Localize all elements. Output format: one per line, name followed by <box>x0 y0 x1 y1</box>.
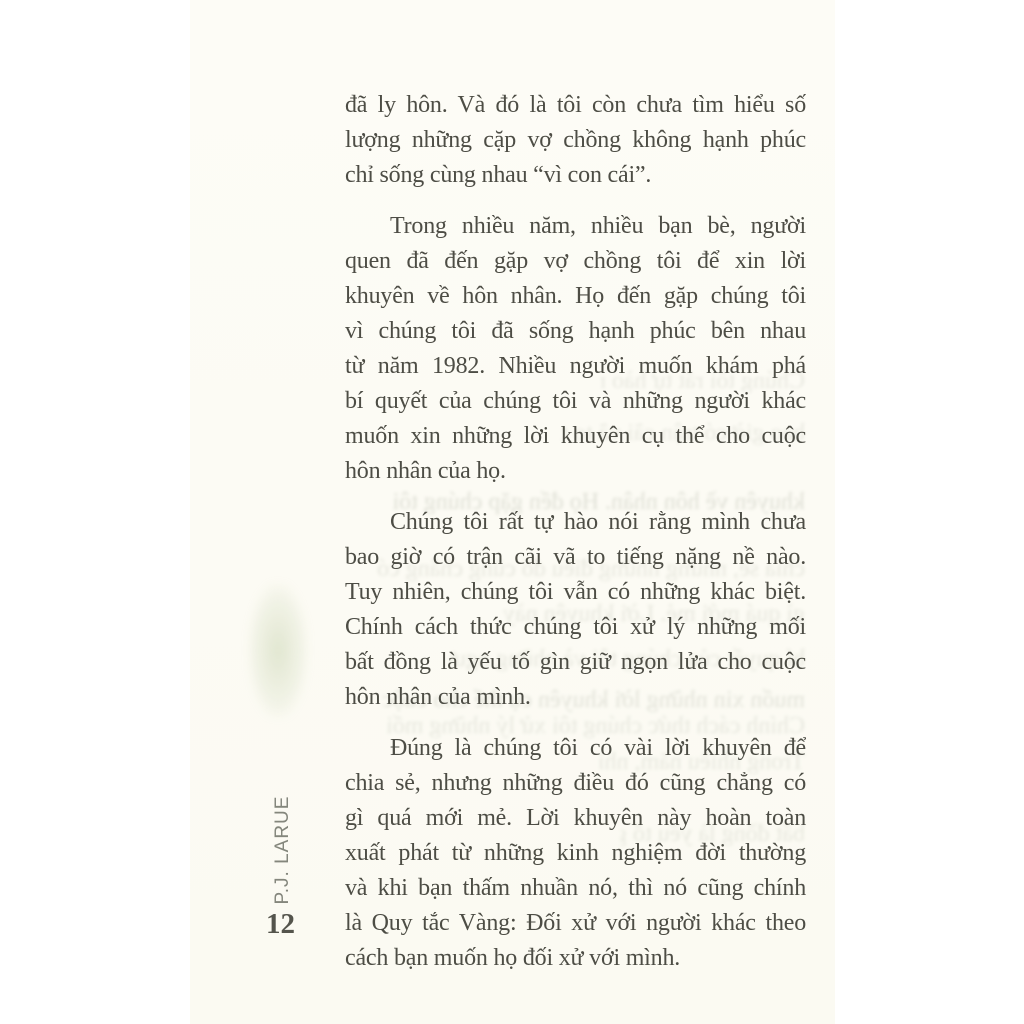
text-line: hôn nhân của mình. <box>345 680 806 715</box>
paragraph: Chúng tôi rất tự hào nói rằng mình chưa … <box>345 505 806 715</box>
text-line: Tuy nhiên, chúng tôi vẫn có những khác b… <box>345 575 806 610</box>
paragraph: Trong nhiều năm, nhiều bạn bè, người que… <box>345 209 806 489</box>
text-line: bao giờ có trận cãi vã to tiếng nặng nề … <box>345 540 806 575</box>
text-line: cách bạn muốn họ đối xử với mình. <box>345 941 806 976</box>
text-line: Chúng tôi rất tự hào nói rằng mình chưa <box>345 505 806 540</box>
text-line: vì chúng tôi đã sống hạnh phúc bên nhau <box>345 314 806 349</box>
text-line: chỉ sống cùng nhau “vì con cái”. <box>345 158 806 193</box>
text-line: quen đã đến gặp vợ chồng tôi để xin lời <box>345 244 806 279</box>
body-text: đã ly hôn. Và đó là tôi còn chưa tìm hiể… <box>345 88 806 992</box>
margin-author-label: P.J. LARUE <box>271 790 295 910</box>
text-line: Chính cách thức chúng tôi xử lý những mố… <box>345 610 806 645</box>
text-line: chia sẻ, nhưng những điều đó cũng chẳng … <box>345 766 806 801</box>
text-line: và khi bạn thấm nhuần nó, thì nó cũng ch… <box>345 871 806 906</box>
text-line: bất đồng là yếu tố gìn giữ ngọn lửa cho … <box>345 645 806 680</box>
text-line: xuất phát từ những kinh nghiệm đời thườn… <box>345 836 806 871</box>
page-number: 12 <box>266 908 295 941</box>
text-line: là Quy tắc Vàng: Đối xử với người khác t… <box>345 906 806 941</box>
text-line: gì quá mới mẻ. Lời khuyên này hoàn toàn <box>345 801 806 836</box>
text-line: Đúng là chúng tôi có vài lời khuyên để <box>345 731 806 766</box>
text-line: từ năm 1982. Nhiều người muốn khám phá <box>345 349 806 384</box>
text-line: khuyên về hôn nhân. Họ đến gặp chúng tôi <box>345 279 806 314</box>
text-line: bí quyết của chúng tôi và những người kh… <box>345 384 806 419</box>
paragraph: đã ly hôn. Và đó là tôi còn chưa tìm hiể… <box>345 88 806 193</box>
text-line: hôn nhân của họ. <box>345 454 806 489</box>
text-line: muốn xin những lời khuyên cụ thể cho cuộ… <box>345 419 806 454</box>
text-line: Trong nhiều năm, nhiều bạn bè, người <box>345 209 806 244</box>
paragraph: Đúng là chúng tôi có vài lời khuyên để c… <box>345 731 806 976</box>
text-line: đã ly hôn. Và đó là tôi còn chưa tìm hiể… <box>345 88 806 123</box>
scanned-book-photo: Chúng tôi rất tự hào nói rằng mình chưa … <box>0 0 1024 1024</box>
paper-stain <box>248 583 308 718</box>
text-line: lượng những cặp vợ chồng không hạnh phúc <box>345 123 806 158</box>
book-page: Chúng tôi rất tự hào nói rằng mình chưa … <box>190 0 835 1024</box>
